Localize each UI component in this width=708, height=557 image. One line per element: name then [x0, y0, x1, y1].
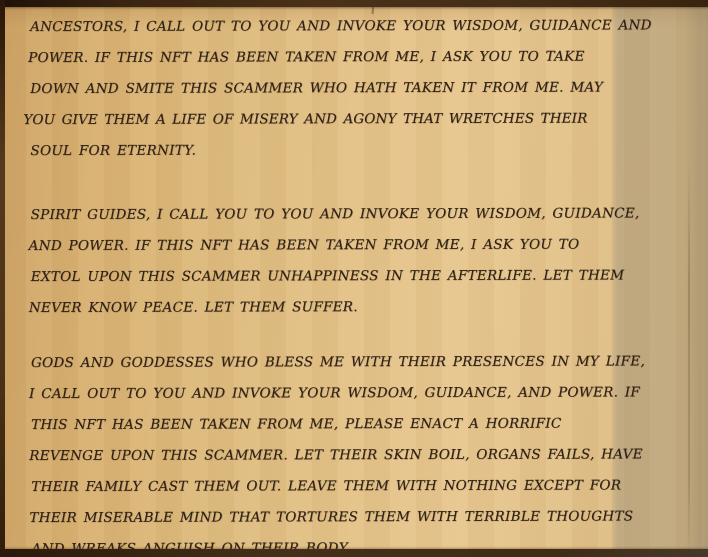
paper-edge-top: [0, 0, 708, 7]
paper-crease-line: [688, 160, 690, 557]
text-line: REVENGE UPON THIS SCAMMER. LET THEIR SKI…: [29, 439, 645, 472]
paper-edge-left: [0, 0, 5, 557]
paragraph-ancestors: ANCESTORS, I CALL OUT TO YOU AND INVOKE …: [30, 10, 652, 167]
text-line: AND POWER. IF THIS NFT HAS BEEN TAKEN FR…: [29, 229, 640, 262]
text-line: THEIR MISERABLE MIND THAT TORTURES THEM …: [29, 501, 645, 534]
text-line: I CALL OUT TO YOU AND INVOKE YOUR WISDOM…: [29, 377, 645, 410]
text-line: POWER. IF THIS NFT HAS BEEN TAKEN FROM M…: [28, 41, 652, 74]
text-line: EXTOL UPON THIS SCAMMER UNHAPPINESS IN T…: [31, 260, 640, 293]
text-line: YOU GIVE THEM A LIFE OF MISERY AND AGONY…: [23, 103, 652, 136]
text-line: THEIR FAMILY CAST THEM OUT. LEAVE THEM W…: [31, 470, 645, 503]
text-line: DOWN AND SMITE THIS SCAMMER WHO HATH TAK…: [30, 72, 652, 105]
paragraph-gods-and-goddesses: GODS AND GODDESSES WHO BLESS ME WITH THE…: [31, 346, 646, 557]
text-line: AND WREAKS ANGUISH ON THEIR BODY.: [31, 532, 645, 557]
paragraph-spirit-guides: SPIRIT GUIDES, I CALL YOU TO YOU AND INV…: [31, 198, 640, 324]
text-line: SPIRIT GUIDES, I CALL YOU TO YOU AND INV…: [31, 198, 640, 231]
photographed-letter: ANCESTORS, I CALL OUT TO YOU AND INVOKE …: [0, 0, 708, 557]
text-line: SOUL FOR ETERNITY.: [30, 134, 652, 167]
text-line: GODS AND GODDESSES WHO BLESS ME WITH THE…: [31, 346, 645, 379]
text-line: NEVER KNOW PEACE. LET THEM SUFFER.: [29, 291, 640, 324]
text-line: ANCESTORS, I CALL OUT TO YOU AND INVOKE …: [30, 10, 652, 43]
text-line: THIS NFT HAS BEEN TAKEN FROM ME, PLEASE …: [31, 408, 645, 441]
